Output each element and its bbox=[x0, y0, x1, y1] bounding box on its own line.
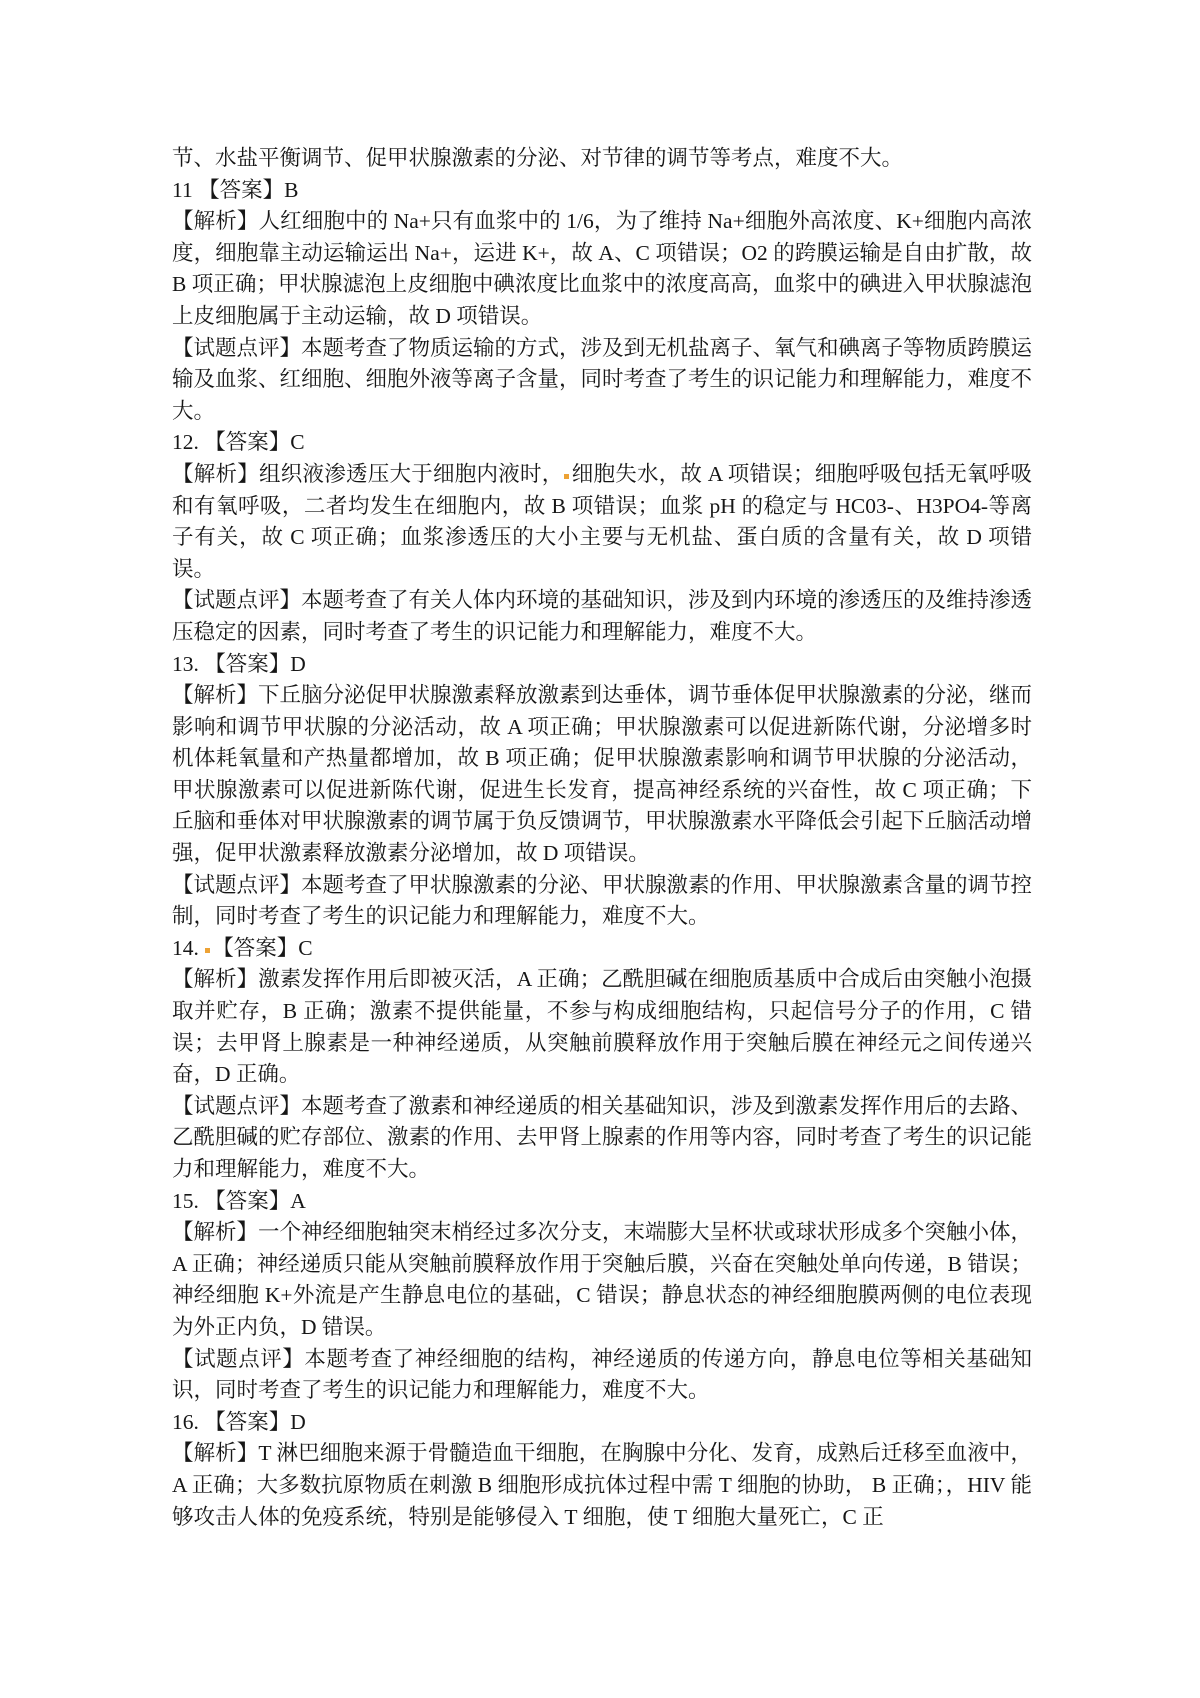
para-q16-analysis-truncated: 【解析】T 淋巴细胞来源于骨髓造血干细胞，在胸腺中分化、发育，成熟后迁移至血液中… bbox=[172, 1438, 1032, 1533]
para-q11-answer: 11 【答案】B bbox=[172, 175, 1032, 207]
para-q13-analysis: 【解析】下丘脑分泌促甲状腺激素释放激素到达垂体，调节垂体促甲状腺激素的分泌，继而… bbox=[172, 680, 1032, 870]
q14-number: 14. bbox=[172, 936, 204, 960]
answer-key-text-block: 节、水盐平衡调节、促甲状腺激素的分泌、对节律的调节等考点，难度不大。 11 【答… bbox=[172, 143, 1032, 1533]
para-q11-comment: 【试题点评】本题考查了物质运输的方式，涉及到无机盐离子、氧气和碘离子等物质跨膜运… bbox=[172, 333, 1032, 428]
para-q13-comment: 【试题点评】本题考查了甲状腺激素的分泌、甲状腺激素的作用、甲状腺激素含量的调节控… bbox=[172, 870, 1032, 933]
para-q14-answer: 14. 【答案】C bbox=[172, 933, 1032, 965]
para-q15-comment: 【试题点评】本题考查了神经细胞的结构，神经递质的传递方向，静息电位等相关基础知识… bbox=[172, 1344, 1032, 1407]
para-q15-answer: 15. 【答案】A bbox=[172, 1186, 1032, 1218]
para-q12-analysis: 【解析】组织液渗透压大于细胞内液时，细胞失水，故 A 项错误；细胞呼吸包括无氧呼… bbox=[172, 459, 1032, 585]
q14-answer-label: 【答案】C bbox=[212, 936, 312, 960]
para-q14-comment: 【试题点评】本题考查了激素和神经递质的相关基础知识，涉及到激素发挥作用后的去路、… bbox=[172, 1091, 1032, 1186]
para-q12-answer: 12. 【答案】C bbox=[172, 427, 1032, 459]
para-q12-comment: 【试题点评】本题考查了有关人体内环境的基础知识，涉及到内环境的渗透压的及维持渗透… bbox=[172, 585, 1032, 648]
para-q16-answer: 16. 【答案】D bbox=[172, 1407, 1032, 1439]
document-page: 节、水盐平衡调节、促甲状腺激素的分泌、对节律的调节等考点，难度不大。 11 【答… bbox=[0, 0, 1200, 1698]
artifact-dot-2 bbox=[205, 948, 210, 953]
para-q15-analysis: 【解析】一个神经细胞轴突末梢经过多次分支，末端膨大呈杯状或球状形成多个突触小体，… bbox=[172, 1217, 1032, 1343]
para-q14-analysis: 【解析】激素发挥作用后即被灭活，A 正确；乙酰胆碱在细胞质基质中合成后由突触小泡… bbox=[172, 964, 1032, 1090]
para-q11-analysis: 【解析】人红细胞中的 Na+只有血浆中的 1/6，为了维持 Na+细胞外高浓度、… bbox=[172, 206, 1032, 332]
artifact-dot-1 bbox=[564, 474, 569, 479]
para-q10-comment-tail: 节、水盐平衡调节、促甲状腺激素的分泌、对节律的调节等考点，难度不大。 bbox=[172, 143, 1032, 175]
para-q13-answer: 13. 【答案】D bbox=[172, 649, 1032, 681]
q12-analysis-run-1: 【解析】组织液渗透压大于细胞内液时， bbox=[172, 462, 563, 486]
